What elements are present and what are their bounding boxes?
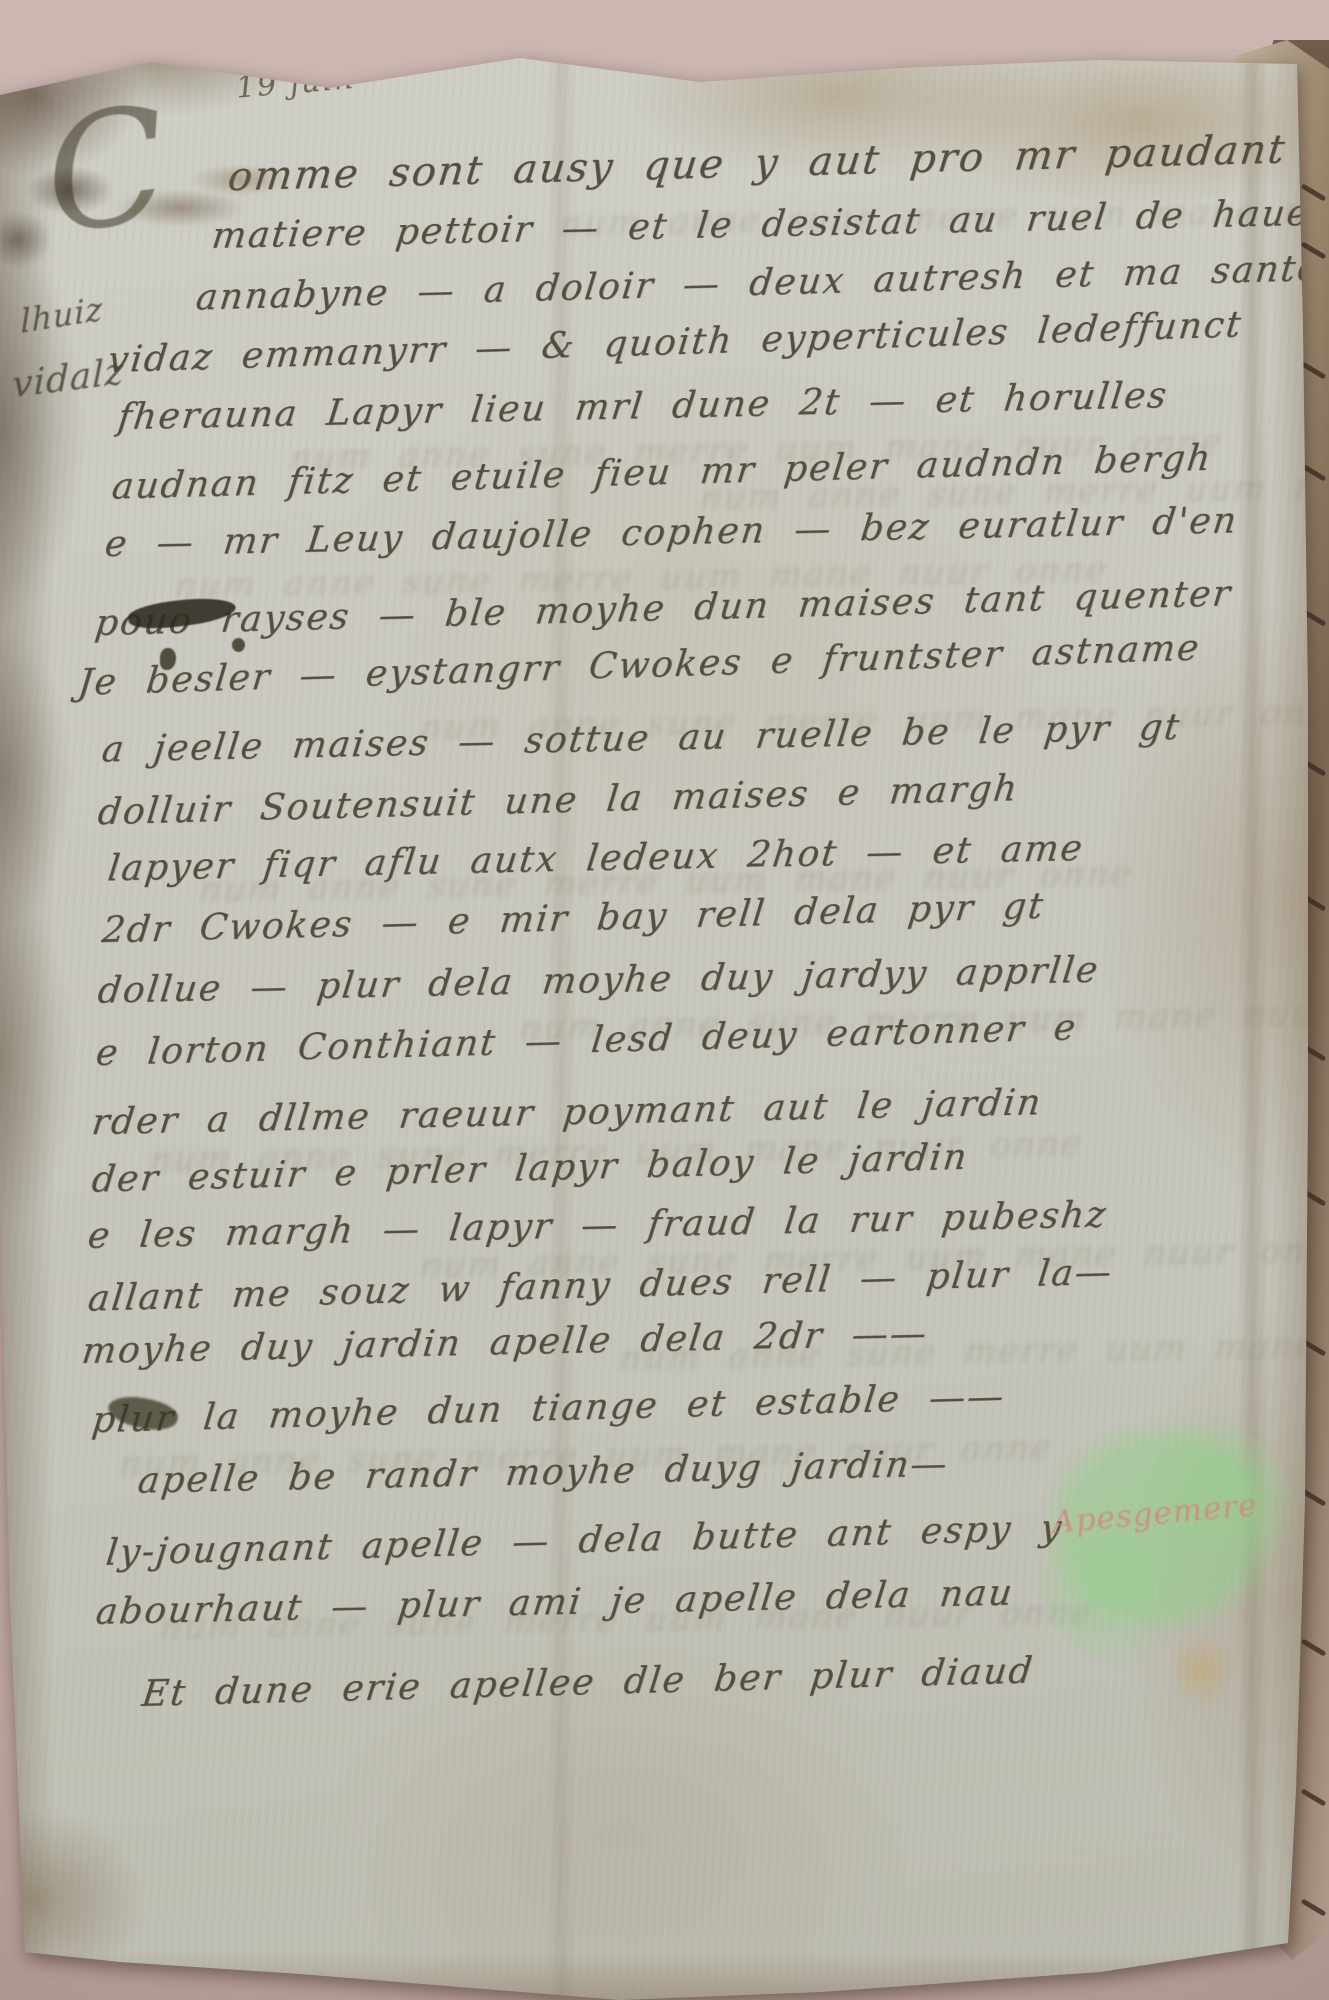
initial-capital: C — [37, 85, 176, 257]
manuscript-page: num anne sune merre uum mane nuur onnenu… — [0, 0, 1329, 2000]
ink-blot-drip — [232, 638, 245, 652]
tan-stain-blob — [1158, 1622, 1244, 1718]
manuscript-photo: num anne sune merre uum mane nuur onnenu… — [0, 0, 1329, 2000]
paper-wrap: num anne sune merre uum mane nuur onnenu… — [0, 0, 1329, 2000]
